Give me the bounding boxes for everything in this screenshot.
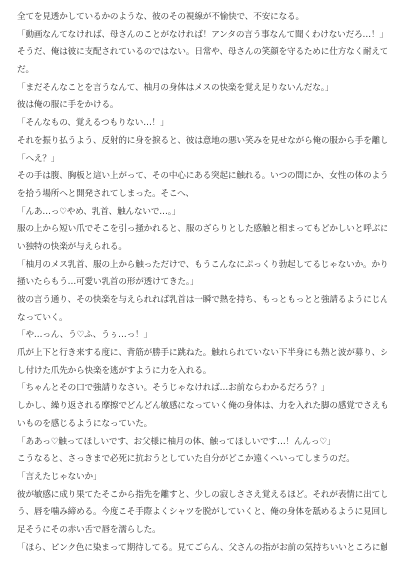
text-line: 「や…っん、う♡ふ、うぅ…っ！」 <box>17 327 387 345</box>
text-line: その手は腹、胸板と這い上がって、その中心にある突起に触れる。いつの間にか、女性の… <box>17 168 387 186</box>
text-line: い独特の快楽が与えられる。 <box>17 239 387 257</box>
text-line: 「柚月のメス乳首、服の上から触っただけで、もうこんなにぷっくり勃起してるじゃない… <box>17 257 387 275</box>
document-page: 全てを見透かしているかのような、彼のその視線が不愉快で、不安になる。 「動画なん… <box>17 9 387 557</box>
text-line: 「んあ…っ♡やめ、乳首、触んないで…。」 <box>17 204 387 222</box>
text-line: そうだ、俺は彼に支配されているのではない。日常や、母さんの笑顔を守るために仕方な… <box>17 44 387 62</box>
text-line: 「動画なんてなければ、母さんのことがなければ！アンタの言う事なんて聞くわけないだ… <box>17 27 387 45</box>
text-line: しかし、繰り返される摩擦でどんどん敏感になっていく俺の身体は、力を入れた脚の感覚… <box>17 398 387 416</box>
text-line: を拾う場所へと開発されてしまった。そこへ、 <box>17 186 387 204</box>
text-line: 「言えたじゃないか」 <box>17 469 387 487</box>
text-line: それを振り払うよう、反射的に身を捩ると、彼は意地の悪い笑みを見せながら俺の服から… <box>17 133 387 151</box>
text-line: 「へえ？」 <box>17 151 387 169</box>
text-line: 「そんなもの、覚えるつもりない…！」 <box>17 115 387 133</box>
text-line: 全てを見透かしているかのような、彼のその視線が不愉快で、不安になる。 <box>17 9 387 27</box>
text-line: 「ああっ♡触ってほしいです、お父様に柚月の体、触ってほしいです…！んんっ♡」 <box>17 434 387 452</box>
text-line: こうなると、さっきまで必死に抗おうとしていた自分がどこか遠くへいってしまうのだ。 <box>17 451 387 469</box>
text-line: 彼が敏感に成り果てたそこから指先を離すと、少しの寂しささえ覚えるほど。それが表情… <box>17 487 387 505</box>
text-line: 彼の言う通り、その快楽を与えられれば乳首は一瞬で熱を持ち、もっともっとと強請るよ… <box>17 292 387 310</box>
text-line: 掻いたらもう…可愛い乳首の形が透けてきた。」 <box>17 274 387 292</box>
text-line: 爪が上下と行き来する度に、背筋が勝手に跳ねた。触れられていない下半身にも熱と波が… <box>17 345 387 363</box>
text-line: う、唇を噛み締める。今度こそ手際よくシャツを脱がしていくと、俺の身体を舐めるよう… <box>17 504 387 522</box>
text-line: なっていく。 <box>17 310 387 328</box>
text-line: 彼は俺の服に手をかける。 <box>17 97 387 115</box>
text-line: 服の上から短い爪でそこを引っ掻かれると、服のざらりとした感触と相まってもどかしい… <box>17 221 387 239</box>
text-line: 「まだそんなことを言うなんて、柚月の身体はメスの快楽を覚え足りないんだな。」 <box>17 80 387 98</box>
text-line: 「ちゃんとその口で強請りなさい。そうじゃなければ…お前ならわかるだろう？」 <box>17 380 387 398</box>
text-line: いものを感じるようになっていた。 <box>17 416 387 434</box>
text-line: 足そうにその赤い舌で唇を濡らした。 <box>17 522 387 540</box>
text-line: し付けた爪先から快楽を逃がすように力を入れる。 <box>17 363 387 381</box>
text-line: 「ほら、ピンク色に染まって期待してる。見てごらん、父さんの指がお前の気持ちいいと… <box>17 540 387 558</box>
text-line: だ。 <box>17 62 387 80</box>
